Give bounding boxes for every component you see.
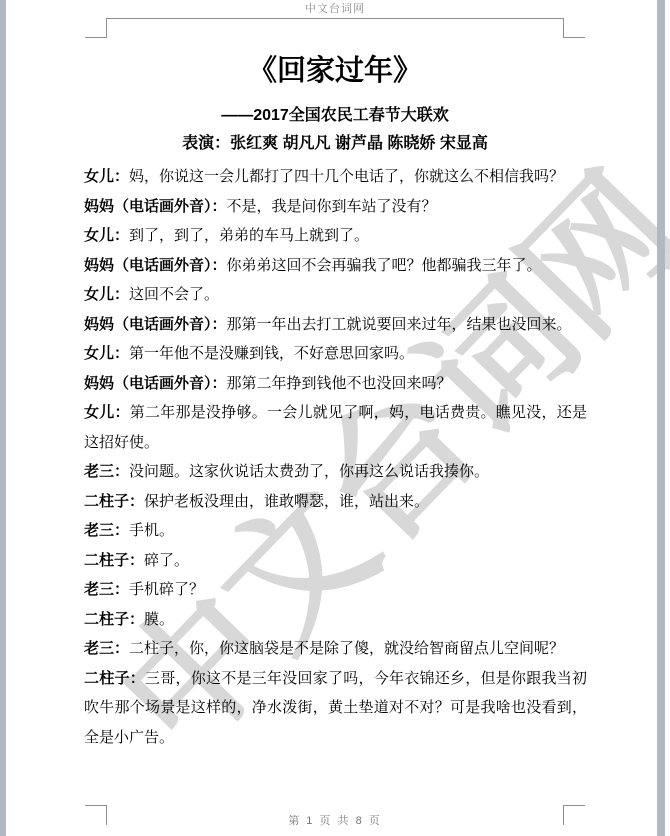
dialogue-text: 第二年那是没挣够。一会儿就见了啊，妈，电话费贵。瞧见没，还是这招好使。	[84, 404, 587, 451]
speaker-label: 妈妈（电话画外音）：	[84, 375, 227, 392]
dialogue-line: 女儿：这回不会了。	[84, 280, 587, 310]
speaker-label: 二柱子：	[84, 552, 144, 569]
speaker-label: 女儿：	[84, 345, 129, 362]
dialogue-text: 到了，到了，弟弟的车马上就到了。	[129, 227, 369, 244]
page-footer-page-number: 第 1 页 共 8 页	[0, 814, 670, 828]
speaker-label: 妈妈（电话画外音）：	[84, 257, 227, 274]
speaker-label: 二柱子：	[84, 611, 144, 628]
viewport-edge-right	[657, 0, 665, 836]
dialogue-line: 女儿：第一年他不是没赚到钱，不好意思回家吗。	[84, 339, 587, 369]
speaker-label: 老三：	[84, 581, 129, 598]
dialogue-line: 二柱子：三哥，你这不是三年没回家了吗，今年衣锦还乡，但是你跟我当初吹牛那个场景是…	[84, 664, 587, 753]
speaker-label: 二柱子：	[84, 670, 145, 687]
dialogue-list: 女儿：妈，你说这一会儿都打了四十几个电话了，你就这么不相信我吗？妈妈（电话画外音…	[84, 162, 587, 752]
dialogue-text: 三哥，你这不是三年没回家了吗，今年衣锦还乡，但是你跟我当初吹牛那个场景是这样的，…	[84, 670, 587, 746]
dialogue-text: 你弟弟这回不会再骗我了吧？他都骗我三年了。	[227, 257, 542, 274]
dialogue-line: 老三：手机。	[84, 516, 587, 546]
speaker-label: 女儿：	[84, 286, 129, 303]
speaker-label: 老三：	[84, 463, 129, 480]
speaker-label: 妈妈（电话画外音）：	[84, 198, 227, 215]
dialogue-text: 不是，我是问你到车站了没有？	[227, 198, 437, 215]
speaker-label: 妈妈（电话画外音）：	[84, 316, 227, 333]
dialogue-line: 妈妈（电话画外音）：那第一年出去打工就说要回来过年，结果也没回来。	[84, 310, 587, 340]
dialogue-text: 那第二年挣到钱他不也没回来吗？	[227, 375, 452, 392]
crop-mark-top-right	[563, 18, 585, 38]
speaker-label: 二柱子：	[84, 493, 144, 510]
dialogue-line: 女儿：妈，你说这一会儿都打了四十几个电话了，你就这么不相信我吗？	[84, 162, 587, 192]
dialogue-line: 老三：手机碎了？	[84, 575, 587, 605]
speaker-label: 女儿：	[84, 168, 129, 185]
document-title: 《回家过年》	[0, 52, 670, 90]
speaker-label: 女儿：	[84, 404, 130, 421]
dialogue-line: 女儿：到了，到了，弟弟的车马上就到了。	[84, 221, 587, 251]
dialogue-text: 没问题。这家伙说话太费劲了，你再这么说话我揍你。	[129, 463, 489, 480]
page-header-site-name: 中文台词网	[0, 2, 670, 16]
dialogue-line: 二柱子：保护老板没理由，谁敢嘚瑟，谁，站出来。	[84, 487, 587, 517]
header-rule	[107, 18, 564, 19]
dialogue-line: 二柱子：碎了。	[84, 546, 587, 576]
dialogue-text: 保护老板没理由，谁敢嘚瑟，谁，站出来。	[144, 493, 429, 510]
dialogue-text: 第一年他不是没赚到钱，不好意思回家吗。	[129, 345, 414, 362]
dialogue-text: 那第一年出去打工就说要回来过年，结果也没回来。	[227, 316, 572, 333]
document-subtitle: ——2017全国农民工春节大联欢	[0, 105, 670, 127]
dialogue-line: 老三：二柱子，你，你这脑袋是不是除了傻，就没给智商留点儿空间呢？	[84, 634, 587, 664]
dialogue-text: 手机碎了？	[129, 581, 204, 598]
cast-line: 表演：张红爽 胡凡凡 谢芦晶 陈晓娇 宋显高	[0, 133, 670, 155]
crop-mark-top-left	[85, 18, 107, 38]
dialogue-text: 二柱子，你，你这脑袋是不是除了傻，就没给智商留点儿空间呢？	[129, 640, 564, 657]
dialogue-text: 妈，你说这一会儿都打了四十几个电话了，你就这么不相信我吗？	[129, 168, 564, 185]
speaker-label: 老三：	[84, 522, 129, 539]
dialogue-line: 妈妈（电话画外音）：不是，我是问你到车站了没有？	[84, 192, 587, 222]
dialogue-line: 女儿：第二年那是没挣够。一会儿就见了啊，妈，电话费贵。瞧见没，还是这招好使。	[84, 398, 587, 457]
dialogue-text: 手机。	[129, 522, 174, 539]
viewport-edge-left	[0, 0, 6, 836]
dialogue-line: 二柱子：膜。	[84, 605, 587, 635]
dialogue-text: 膜。	[144, 611, 174, 628]
dialogue-text: 这回不会了。	[129, 286, 219, 303]
speaker-label: 老三：	[84, 640, 129, 657]
dialogue-line: 老三：没问题。这家伙说话太费劲了，你再这么说话我揍你。	[84, 457, 587, 487]
dialogue-line: 妈妈（电话画外音）：你弟弟这回不会再骗我了吧？他都骗我三年了。	[84, 251, 587, 281]
speaker-label: 女儿：	[84, 227, 129, 244]
dialogue-line: 妈妈（电话画外音）：那第二年挣到钱他不也没回来吗？	[84, 369, 587, 399]
dialogue-text: 碎了。	[144, 552, 189, 569]
